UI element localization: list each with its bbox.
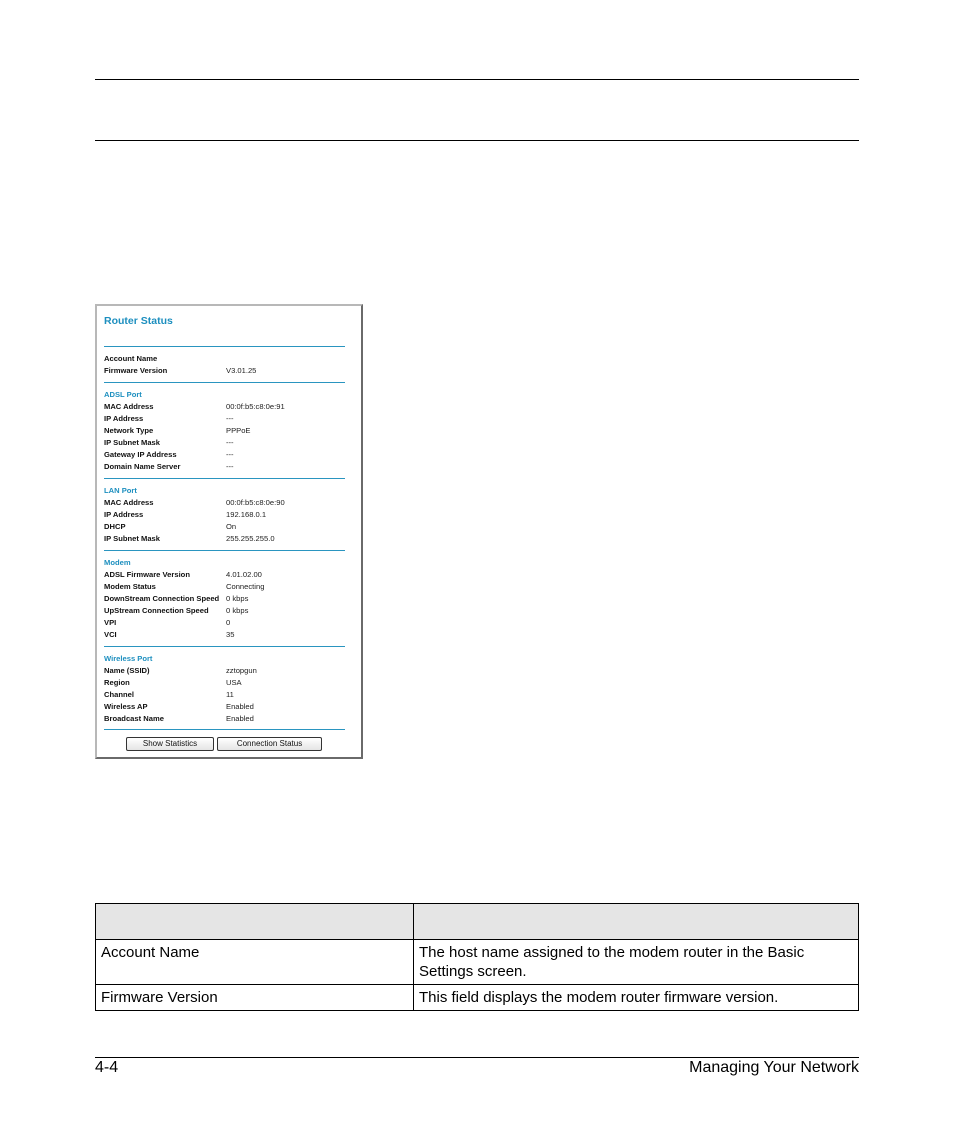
table-header-cell xyxy=(414,904,859,940)
row-value: 00:0f:b5:c8:0e:91 xyxy=(226,402,285,412)
row-label: Network Type xyxy=(104,426,153,436)
table-cell-description: The host name assigned to the modem rout… xyxy=(414,940,859,985)
router-status-panel: Router Status Account Name Firmware Vers… xyxy=(95,304,363,759)
row-label: IP Subnet Mask xyxy=(104,534,160,544)
table-header-cell xyxy=(96,904,414,940)
row-label: Domain Name Server xyxy=(104,462,180,472)
footer-rule xyxy=(95,1057,859,1058)
table-cell-field: Firmware Version xyxy=(96,985,414,1011)
table-cell-description: This field displays the modem router fir… xyxy=(414,985,859,1011)
row-value: Enabled xyxy=(226,702,254,712)
row-label: Firmware Version xyxy=(104,366,167,376)
row-label: VPI xyxy=(104,618,116,628)
row-label: DHCP xyxy=(104,522,126,532)
header-rule-bottom xyxy=(95,140,859,141)
row-value: 4.01.02.00 xyxy=(226,570,262,580)
row-value: --- xyxy=(226,438,234,448)
table-row: Firmware Version This field displays the… xyxy=(96,985,859,1011)
table-row: Account Name The host name assigned to t… xyxy=(96,940,859,985)
row-value: --- xyxy=(226,462,234,472)
row-value: 0 xyxy=(226,618,230,628)
row-label: Account Name xyxy=(104,354,157,364)
row-value: --- xyxy=(226,450,234,460)
row-value: 00:0f:b5:c8:0e:90 xyxy=(226,498,285,508)
row-label: Gateway IP Address xyxy=(104,450,177,460)
row-value: Enabled xyxy=(226,714,254,724)
row-label: IP Address xyxy=(104,414,143,424)
chapter-title: Managing Your Network xyxy=(689,1059,859,1077)
table-cell-field: Account Name xyxy=(96,940,414,985)
row-value: USA xyxy=(226,678,242,688)
divider xyxy=(104,478,345,479)
row-value: 0 kbps xyxy=(226,594,248,604)
row-value: Connecting xyxy=(226,582,264,592)
panel-title: Router Status xyxy=(104,315,173,327)
row-value: V3.01.25 xyxy=(226,366,256,376)
row-value: On xyxy=(226,522,236,532)
section-title-lan: LAN Port xyxy=(104,486,137,495)
section-title-adsl: ADSL Port xyxy=(104,390,142,399)
row-value: 255.255.255.0 xyxy=(226,534,275,544)
section-title-wireless: Wireless Port xyxy=(104,654,152,663)
row-value: 11 xyxy=(226,690,234,700)
row-label: Modem Status xyxy=(104,582,156,592)
row-label: VCI xyxy=(104,630,117,640)
section-title-modem: Modem xyxy=(104,558,131,567)
divider xyxy=(104,729,345,730)
row-label: IP Subnet Mask xyxy=(104,438,160,448)
row-label: IP Address xyxy=(104,510,143,520)
row-label: Channel xyxy=(104,690,134,700)
row-label: Wireless AP xyxy=(104,702,148,712)
table-header-row xyxy=(96,904,859,940)
row-value: zztopgun xyxy=(226,666,257,676)
row-label: Name (SSID) xyxy=(104,666,150,676)
row-value: 192.168.0.1 xyxy=(226,510,266,520)
row-value: 0 kbps xyxy=(226,606,248,616)
row-value: PPPoE xyxy=(226,426,250,436)
row-label: Region xyxy=(104,678,130,688)
row-label: MAC Address xyxy=(104,402,154,412)
show-statistics-button[interactable]: Show Statistics xyxy=(126,737,214,751)
row-label: DownStream Connection Speed xyxy=(104,594,219,604)
divider xyxy=(104,646,345,647)
header-rule-top xyxy=(95,79,859,80)
divider xyxy=(104,382,345,383)
row-label: ADSL Firmware Version xyxy=(104,570,190,580)
row-label: MAC Address xyxy=(104,498,154,508)
divider xyxy=(104,550,345,551)
connection-status-button[interactable]: Connection Status xyxy=(217,737,322,751)
divider xyxy=(104,346,345,347)
row-label: UpStream Connection Speed xyxy=(104,606,209,616)
page-number: 4-4 xyxy=(95,1059,118,1077)
row-label: Broadcast Name xyxy=(104,714,164,724)
field-description-table: Account Name The host name assigned to t… xyxy=(95,903,859,1011)
row-value: --- xyxy=(226,414,234,424)
row-value: 35 xyxy=(226,630,234,640)
